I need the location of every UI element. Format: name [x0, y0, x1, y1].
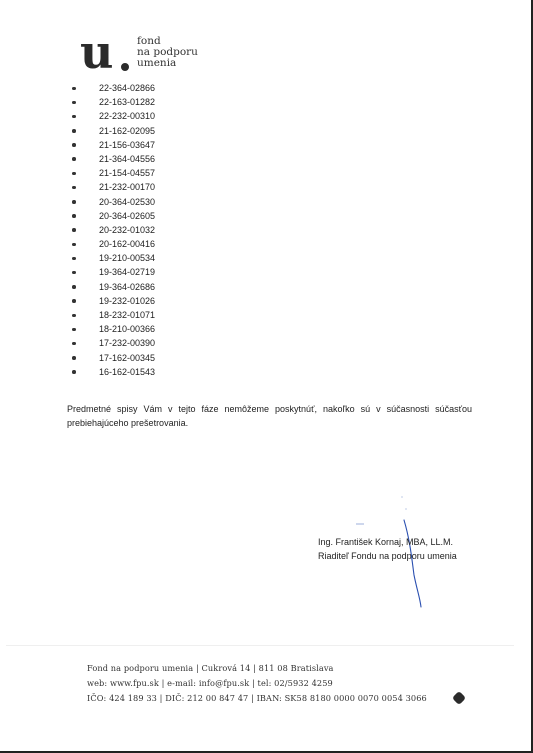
- case-number: 18-232-01071: [99, 310, 155, 320]
- case-number-item: 21-156-03647: [70, 138, 155, 152]
- case-number-item: 20-364-02530: [70, 195, 155, 209]
- case-number-item: 17-232-00390: [70, 336, 155, 350]
- case-number: 22-232-00310: [99, 111, 155, 121]
- case-number-item: 17-162-00345: [70, 351, 155, 365]
- letter-page: u fond na podporu umenia 22-364-0286622-…: [0, 0, 533, 753]
- case-number-item: 19-364-02719: [70, 265, 155, 279]
- footer-contacts: web: www.fpu.sk | e-mail: info@fpu.sk | …: [87, 676, 427, 691]
- logo-wordmark: fond na podporu umenia: [137, 36, 198, 69]
- signatory-name: Ing. František Kornaj, MBA, LL.M.: [318, 535, 457, 549]
- bullet-icon: [72, 328, 76, 332]
- bullet-icon: [72, 342, 76, 346]
- case-number: 19-364-02719: [99, 267, 155, 277]
- case-number-item: 19-232-01026: [70, 294, 155, 308]
- bullet-icon: [72, 228, 76, 232]
- bullet-icon: [72, 157, 76, 161]
- case-number-list: 22-364-0286622-163-0128222-232-0031021-1…: [70, 81, 155, 379]
- logo-mark: u: [80, 29, 112, 75]
- bullet-icon: [72, 299, 76, 303]
- case-number: 21-364-04556: [99, 154, 155, 164]
- case-number-item: 21-154-04557: [70, 166, 155, 180]
- case-number: 21-156-03647: [99, 140, 155, 150]
- case-number: 17-232-00390: [99, 338, 155, 348]
- case-number: 19-210-00534: [99, 253, 155, 263]
- case-number: 21-154-04557: [99, 168, 155, 178]
- bullet-icon: [72, 370, 76, 374]
- case-number-item: 20-162-00416: [70, 237, 155, 251]
- signature-block: Ing. František Kornaj, MBA, LL.M. Riadit…: [318, 535, 457, 563]
- case-number-item: 19-364-02686: [70, 280, 155, 294]
- case-number: 20-232-01032: [99, 225, 155, 235]
- footer-address: Fond na podporu umenia | Cukrová 14 | 81…: [87, 661, 427, 676]
- case-number-item: 21-232-00170: [70, 180, 155, 194]
- footer-divider: [6, 645, 514, 646]
- case-number-item: 20-364-02605: [70, 209, 155, 223]
- bullet-icon: [72, 129, 76, 133]
- bullet-icon: [72, 143, 76, 147]
- case-number-item: 22-232-00310: [70, 109, 155, 123]
- bullet-icon: [72, 271, 76, 275]
- case-number-item: 22-364-02866: [70, 81, 155, 95]
- bullet-icon: [72, 172, 76, 176]
- bullet-icon: [72, 243, 76, 247]
- case-number-item: 21-364-04556: [70, 152, 155, 166]
- case-number-item: 16-162-01543: [70, 365, 155, 379]
- logo-dot-icon: [121, 63, 129, 71]
- bullet-icon: [72, 285, 76, 289]
- case-number-item: 22-163-01282: [70, 95, 155, 109]
- bullet-icon: [72, 200, 76, 204]
- case-number: 16-162-01543: [99, 367, 155, 377]
- case-number-item: 20-232-01032: [70, 223, 155, 237]
- case-number: 19-364-02686: [99, 282, 155, 292]
- bullet-icon: [72, 101, 76, 105]
- bullet-icon: [72, 115, 76, 119]
- footer-registration: IČO: 424 189 33 | DIČ: 212 00 847 47 | I…: [87, 691, 427, 706]
- bullet-icon: [72, 257, 76, 261]
- case-number: 20-364-02605: [99, 211, 155, 221]
- case-number: 18-210-00366: [99, 324, 155, 334]
- bullet-icon: [72, 356, 76, 360]
- body-paragraph: Predmetné spisy Vám v tejto fáze nemôžem…: [67, 402, 472, 430]
- bullet-icon: [72, 87, 76, 91]
- letterhead-footer: Fond na podporu umenia | Cukrová 14 | 81…: [87, 661, 427, 706]
- footer-diamond-icon: [452, 691, 466, 705]
- case-number: 20-364-02530: [99, 197, 155, 207]
- case-number: 21-162-02095: [99, 126, 155, 136]
- case-number: 22-364-02866: [99, 83, 155, 93]
- case-number-item: 21-162-02095: [70, 124, 155, 138]
- case-number-item: 19-210-00534: [70, 251, 155, 265]
- case-number: 17-162-00345: [99, 353, 155, 363]
- case-number-item: 18-232-01071: [70, 308, 155, 322]
- case-number: 22-163-01282: [99, 97, 155, 107]
- logo-line: umenia: [137, 58, 198, 69]
- bullet-icon: [72, 186, 76, 190]
- case-number-item: 18-210-00366: [70, 322, 155, 336]
- signatory-title: Riaditeľ Fondu na podporu umenia: [318, 549, 457, 563]
- case-number: 21-232-00170: [99, 182, 155, 192]
- case-number: 20-162-00416: [99, 239, 155, 249]
- bullet-icon: [72, 314, 76, 318]
- case-number: 19-232-01026: [99, 296, 155, 306]
- bullet-icon: [72, 214, 76, 218]
